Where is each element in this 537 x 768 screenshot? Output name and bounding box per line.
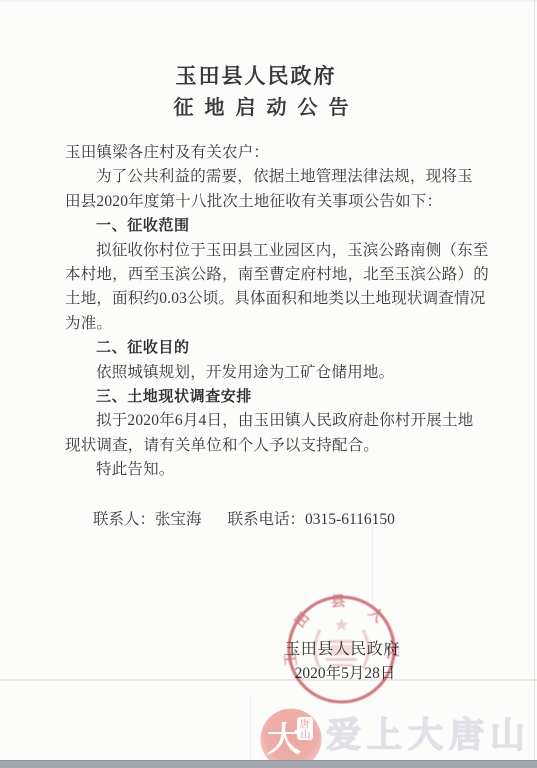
- official-seal: 玉田县人民政府: [284, 592, 399, 707]
- section-heading-2: 二、征收目的: [65, 336, 477, 360]
- logo-main-char: 大: [267, 721, 301, 759]
- body-line: 拟征收你村位于玉田县工业园区内，玉滨公路南侧（东至: [65, 239, 477, 263]
- page-right-edge: [534, 0, 535, 768]
- contact-person-label: 联系人：: [93, 511, 155, 528]
- logo-sub-char-bottom: 山: [301, 728, 311, 741]
- body-line: 依照城镇规划，开发用途为工矿仓储用地。: [65, 361, 477, 385]
- document-body: 玉田镇梁各庄村及有关农户： 为了公共利益的需要，依据土地管理法律法规，现将玉 田…: [65, 141, 477, 482]
- page-top-edge: [0, 0, 537, 2]
- datangshan-logo-icon: 大 唐 山: [258, 706, 324, 768]
- body-line: 田县2020年度第十八批次土地征收有关事项公告如下：: [65, 190, 477, 214]
- contact-phone-number: 0315-6116150: [305, 511, 395, 528]
- section-heading-1: 一、征收范围: [65, 214, 477, 238]
- paper-crease: [250, 695, 251, 761]
- body-line: 为准。: [65, 312, 477, 336]
- contact-line: 联系人：张宝海联系电话：0315-6116150: [93, 507, 395, 529]
- document-title: 玉田县人民政府: [0, 60, 512, 90]
- body-line: 为了公共利益的需要，依据土地管理法律法规，现将玉: [65, 165, 477, 189]
- watermark-slogan: 爱上大唐山: [326, 708, 531, 758]
- scanned-notice-page: 玉田县人民政府 征地启动公告 玉田镇梁各庄村及有关农户： 为了公共利益的需要，依…: [0, 0, 537, 768]
- document-subtitle: 征地启动公告: [0, 91, 522, 120]
- section-heading-3: 三、土地现状调查安排: [65, 385, 477, 409]
- body-line: 土地，面积约0.03公顷。具体面积和地类以土地现状调查情况: [65, 287, 477, 311]
- body-line: 现状调查，请有关单位和个人予以支持配合。: [65, 434, 477, 458]
- body-line-salutation: 玉田镇梁各庄村及有关农户：: [65, 141, 477, 165]
- body-line: 本村地，西至玉滨公路，南至曹定府村地，北至玉滨公路）的: [65, 263, 477, 287]
- body-line: 拟于2020年6月4日，由玉田镇人民政府赴你村开展土地: [65, 409, 477, 433]
- body-line-closing: 特此告知。: [65, 458, 477, 482]
- bottom-page-edge-bar: [0, 760, 537, 768]
- contact-person-name: 张宝海: [155, 511, 202, 528]
- svg-text:玉田县人民政府: 玉田县人民政府: [284, 592, 399, 667]
- logo-sub-char-top: 唐: [300, 718, 310, 731]
- seal-ring-text: 玉田县人民政府: [284, 592, 399, 667]
- national-emblem-icon: [315, 618, 369, 668]
- contact-phone-label: 联系电话：: [228, 511, 306, 528]
